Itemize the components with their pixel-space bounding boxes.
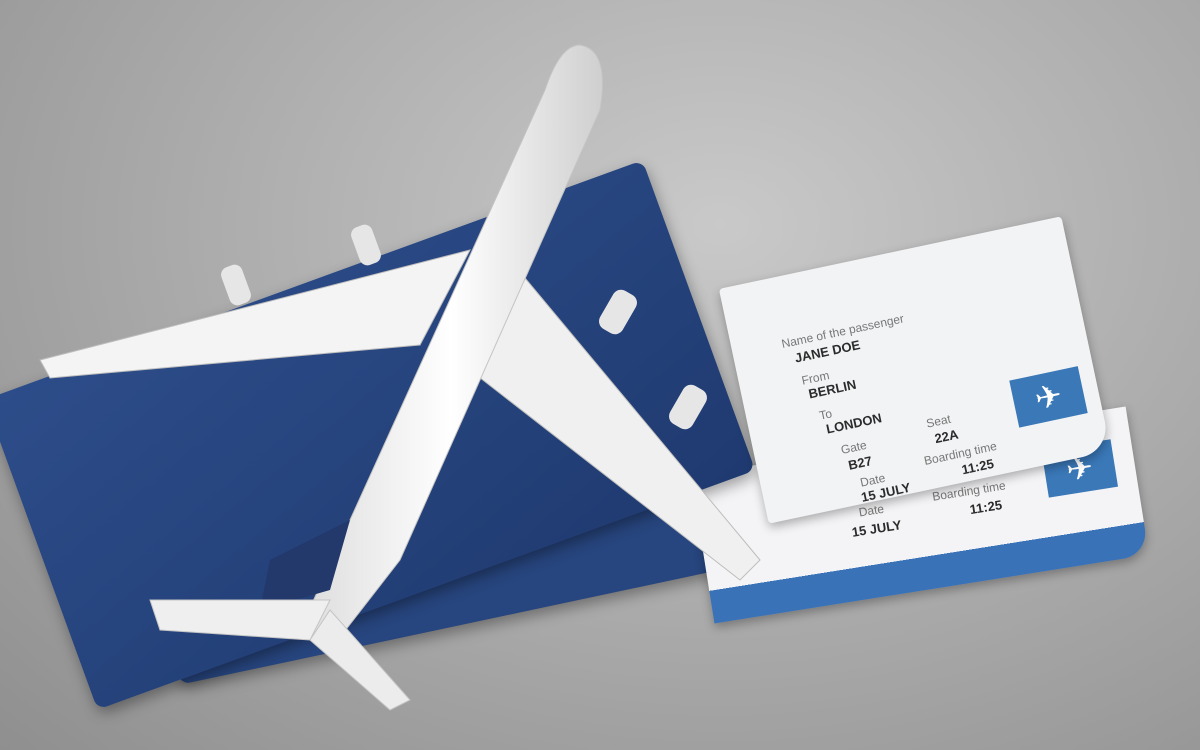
toy-airplane (0, 0, 1200, 750)
photo-scene: Gate B27 Seat 22A Date 15 JULY Boarding … (0, 0, 1200, 750)
